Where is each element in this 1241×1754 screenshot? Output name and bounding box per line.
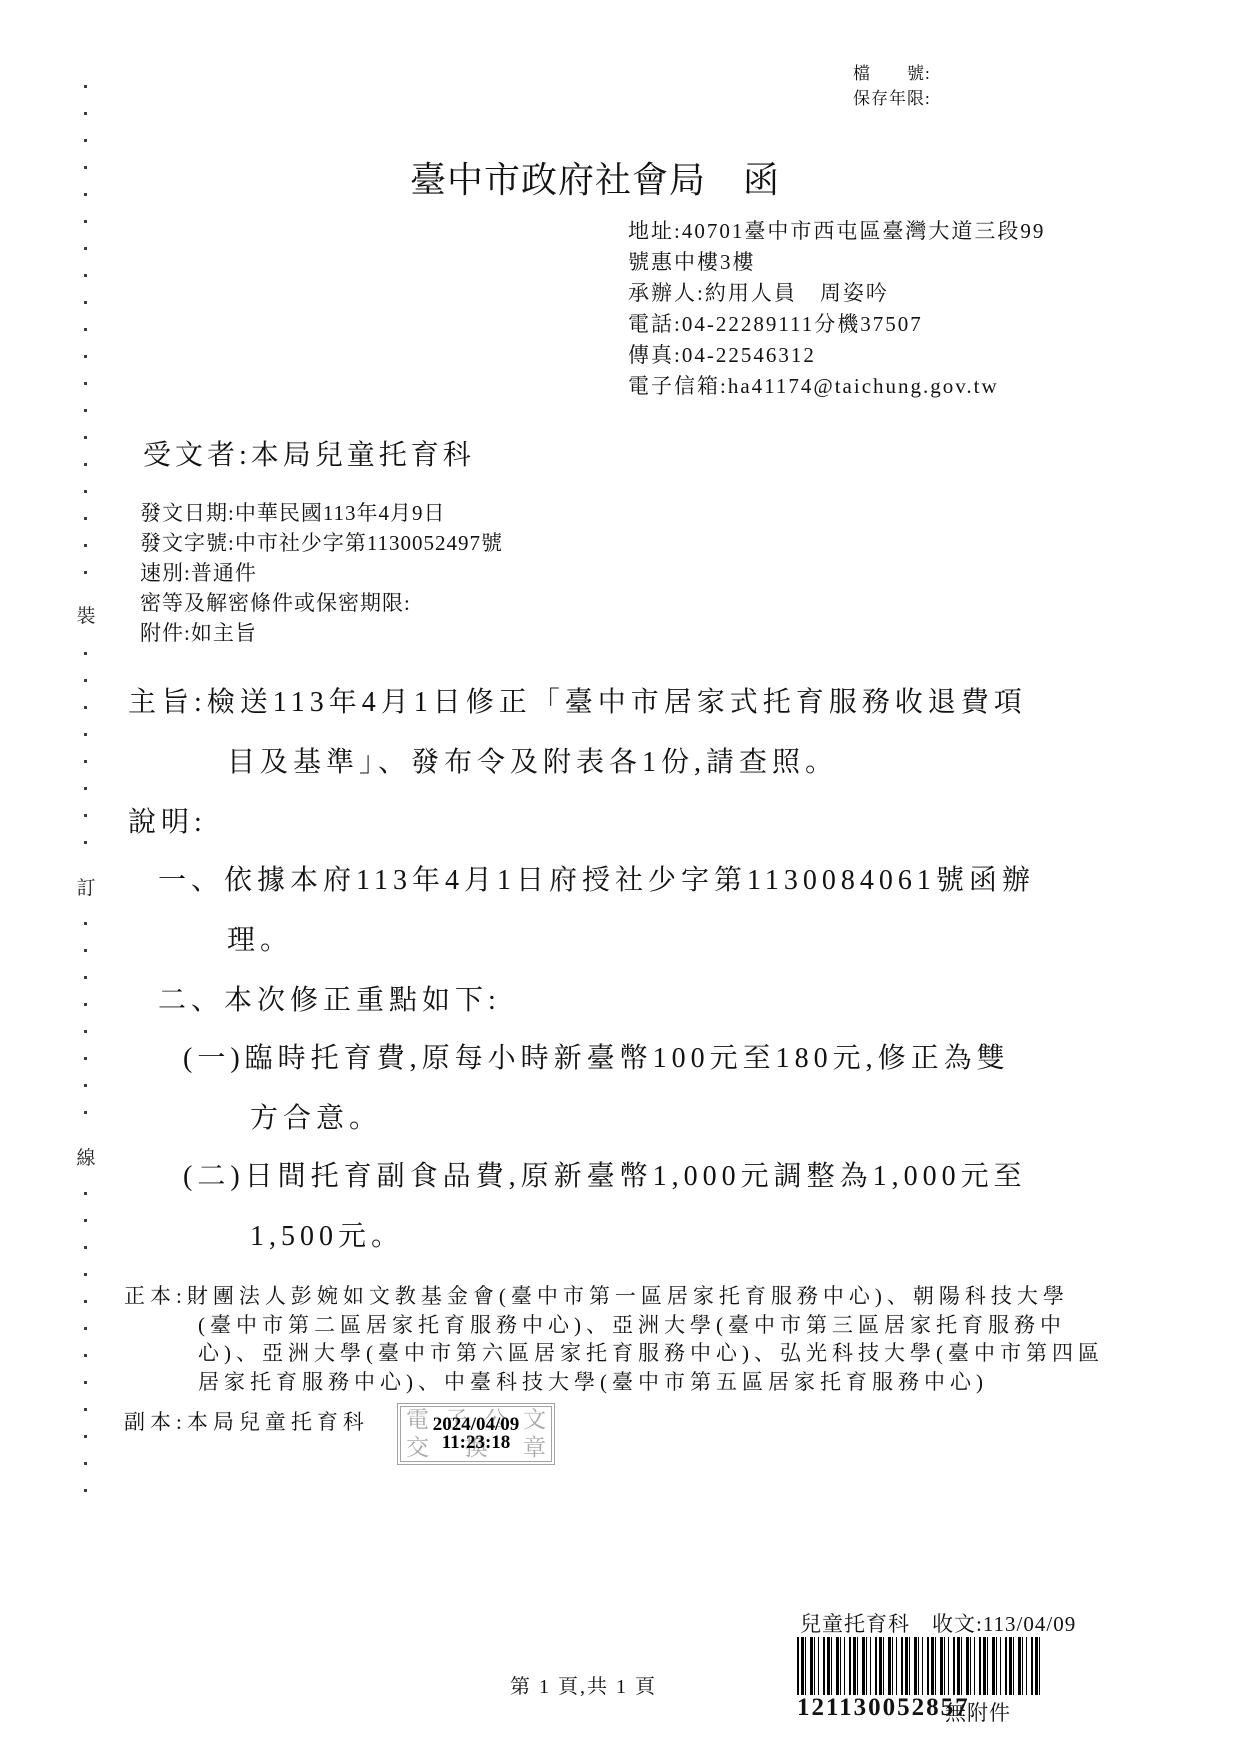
address-line-1: 地址:40701臺中市西屯區臺灣大道三段99	[628, 216, 1045, 247]
phone-line: 電話:04-22289111分機37507	[628, 309, 1045, 340]
no-attachment-note: 無附件	[945, 1697, 1011, 1727]
original-recipients-line-1: 正本:財團法人彭婉如文教基金會(臺中市第一區居家托育服務中心)、朝陽科技大學	[124, 1280, 1069, 1310]
stamp-time: 11:23:18	[442, 1434, 511, 1452]
binding-label-zhuang: 裝	[74, 592, 98, 637]
explanation-item-2-2-line-2: 1,500元。	[250, 1214, 404, 1254]
original-recipients-line-4: 居家托育服務中心)、中臺科技大學(臺中市第五區居家托育服務中心)	[198, 1366, 988, 1396]
subject-line-1: 主旨:檢送113年4月1日修正「臺中市居家式托育服務收退費項	[128, 680, 1027, 720]
explanation-item-2-1-line-2: 方合意。	[250, 1096, 382, 1136]
original-recipients-line-3: 心)、亞洲大學(臺中市第六區居家托育服務中心)、弘光科技大學(臺中市第四區	[198, 1337, 1104, 1367]
explanation-item-2-2-line-1: (二)日間托育副食品費,原新臺幣1,000元調整為1,000元至	[183, 1154, 1027, 1194]
contact-person-line: 承辦人:約用人員 周姿吟	[628, 278, 1045, 309]
recipient-line: 受文者:本局兒童托育科	[143, 433, 475, 473]
issue-date-line: 發文日期:中華民國113年4月9日	[140, 498, 503, 528]
explanation-item-2-1-line-1: (一)臨時托育費,原每小時新臺幣100元至180元,修正為雙	[183, 1036, 1010, 1076]
doc-number-line: 發文字號:中市社少字第1130052497號	[140, 528, 503, 558]
copy-recipients-line: 副本:本局兒童托育科	[124, 1406, 369, 1436]
page-footer: 第 1 頁,共 1 頁	[510, 1670, 657, 1699]
binding-label-ding: 訂	[74, 864, 98, 909]
file-number-label: 檔 號:	[853, 62, 931, 85]
binding-label-xian: 線	[74, 1134, 98, 1179]
document-title: 臺中市政府社會局 函	[410, 152, 780, 203]
agency-contact-block: 地址:40701臺中市西屯區臺灣大道三段99 號惠中樓3樓 承辦人:約用人員 周…	[628, 216, 1045, 402]
issuance-meta-block: 發文日期:中華民國113年4月9日 發文字號:中市社少字第1130052497號…	[140, 498, 503, 648]
explanation-item-2: 二、本次修正重點如下:	[158, 978, 501, 1018]
explanation-item-1-line-2: 理。	[227, 918, 293, 958]
explanation-heading: 說明:	[128, 800, 207, 840]
original-recipients-line-2: (臺中市第二區居家托育服務中心)、亞洲大學(臺中市第三區居家托育服務中	[198, 1309, 1066, 1339]
attachment-line: 附件:如主旨	[140, 618, 503, 648]
electronic-exchange-stamp: 電 子 公 文 交 換 章 2024/04/09 11:23:18	[397, 1403, 555, 1465]
fax-line: 傳真:04-22546312	[628, 340, 1045, 371]
retention-period-label: 保存年限:	[853, 87, 931, 110]
barcode-number: 121130052857	[797, 1694, 970, 1722]
email-line: 電子信箱:ha41174@taichung.gov.tw	[628, 371, 1045, 402]
security-class-line: 密等及解密條件或保密期限:	[140, 588, 503, 618]
explanation-item-1-line-1: 一、依據本府113年4月1日府授社少字第1130084061號函辦	[158, 858, 1035, 898]
stamp-datetime: 2024/04/09 11:23:18	[401, 1407, 551, 1461]
receiving-dept-line: 兒童托育科 收文:113/04/09	[800, 1608, 1076, 1638]
barcode	[797, 1637, 1042, 1695]
subject-line-2: 目及基準」、發布令及附表各1份,請查照。	[227, 740, 838, 780]
address-line-2: 號惠中樓3樓	[628, 247, 1045, 278]
speed-class-line: 速別:普通件	[140, 558, 503, 588]
binding-dotted-line	[84, 85, 87, 1505]
